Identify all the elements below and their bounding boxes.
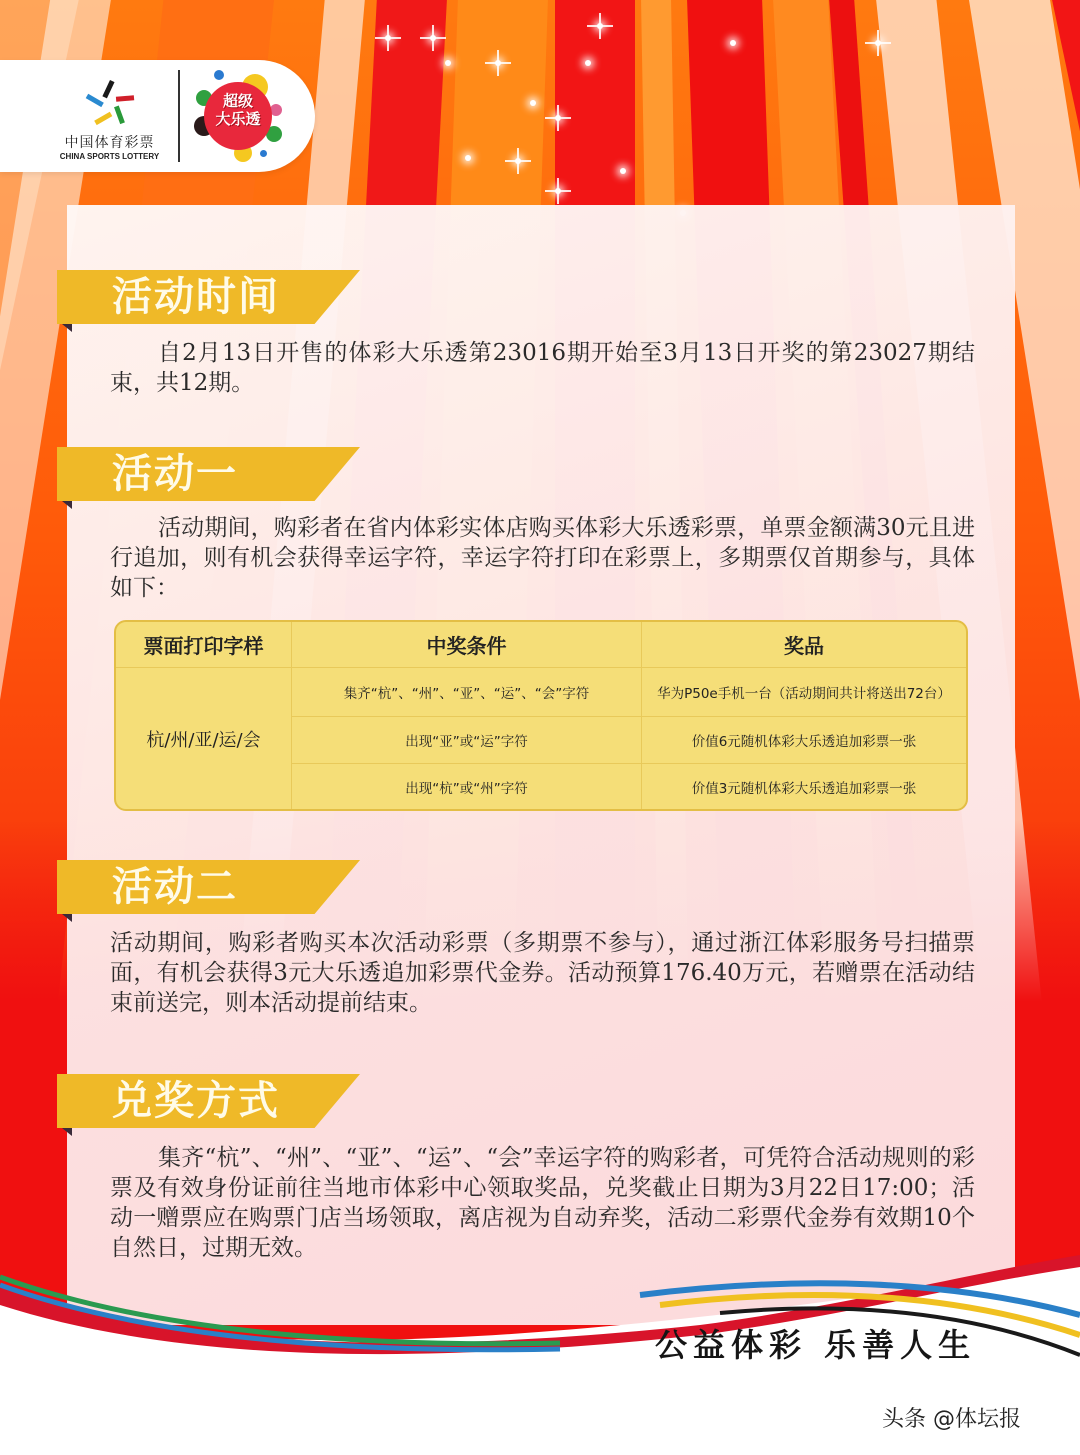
- table-header-condition: 中奖条件: [292, 622, 642, 668]
- five-stroke-star-icon: [84, 78, 136, 128]
- table-header-printed-chars: 票面打印字样: [116, 622, 292, 668]
- prize-cell: 价值6元随机体彩大乐透追加彩票一张: [642, 717, 966, 764]
- watermark: 头条 @体坛报: [882, 1402, 1021, 1433]
- section-title: 兑奖方式: [112, 1077, 280, 1125]
- header-logo-bar: 中国体育彩票 CHINA SPORTS LOTTERY 超级大乐透: [0, 60, 315, 172]
- slogan: 公益体彩 乐善人生: [655, 1320, 976, 1366]
- prize-cell: 华为P50e手机一台（活动期间共计将送出72台）: [642, 668, 966, 717]
- activity-1-description: 活动期间，购彩者在省内体彩实体店购买体彩大乐透彩票，单票金额满30元且进行追加，…: [110, 513, 975, 603]
- printed-chars-cell: 杭/州/亚/运/会: [116, 668, 292, 809]
- brand-name-cn: 中国体育彩票: [52, 132, 167, 152]
- section-title: 活动二: [112, 863, 238, 911]
- condition-cell: 出现“杭”或“州”字符: [292, 764, 642, 809]
- section-header-activity-2: 活动二: [57, 860, 360, 914]
- section-header-time: 活动时间: [57, 270, 360, 324]
- section-header-activity-1: 活动一: [57, 447, 360, 501]
- redeem-description: 集齐“杭”、“州”、“亚”、“运”、“会”幸运字符的购彩者，可凭符合活动规则的彩…: [110, 1143, 975, 1263]
- condition-cell: 集齐“杭”、“州”、“亚”、“运”、“会”字符: [292, 668, 642, 717]
- brand-name-en: CHINA SPORTS LOTTERY: [52, 152, 167, 161]
- section-title: 活动时间: [112, 273, 280, 321]
- prize-table: 票面打印字样 中奖条件 奖品 杭/州/亚/运/会 集齐“杭”、“州”、“亚”、“…: [114, 620, 968, 811]
- section-title: 活动一: [112, 450, 238, 498]
- activity-2-description: 活动期间，购彩者购买本次活动彩票（多期票不参与），通过浙江体彩服务号扫描票面，有…: [110, 928, 975, 1018]
- prize-cell: 价值3元随机体彩大乐透追加彩票一张: [642, 764, 966, 809]
- condition-cell: 出现“亚”或“运”字符: [292, 717, 642, 764]
- super-lotto-logo-text: 超级大乐透: [204, 92, 272, 128]
- super-lotto-logo: 超级大乐透: [192, 68, 288, 164]
- china-sports-lottery-logo: 中国体育彩票 CHINA SPORTS LOTTERY: [52, 74, 167, 164]
- section-header-redeem: 兑奖方式: [57, 1074, 360, 1128]
- logo-divider: [178, 70, 180, 162]
- table-header-prize: 奖品: [642, 622, 966, 668]
- time-description: 自2月13日开售的体彩大乐透第23016期开始至3月13日开奖的第23027期结…: [110, 338, 975, 398]
